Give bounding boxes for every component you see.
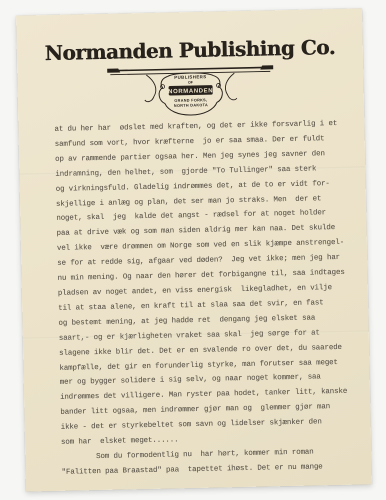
- emblem-city-label: GRAND FORKS,: [174, 98, 207, 103]
- emblem-publishers-label: PUBLISHERS: [174, 74, 206, 80]
- letterhead-company-name: Normanden Publishing Co.: [17, 34, 363, 65]
- photo-background: Normanden Publishing Co.: [0, 0, 386, 500]
- letter-body: at du her har ødslet med kraften, og det…: [18, 116, 371, 481]
- letterhead: Normanden Publishing Co.: [17, 34, 365, 121]
- emblem-state-label: NORTH DAKOTA: [174, 103, 208, 108]
- emblem-normanden-label: NORMANDEN: [168, 88, 213, 95]
- publisher-emblem-icon: PUBLISHERS OF NORMANDEN GRAND FORKS, NOR…: [106, 62, 275, 120]
- letter-paper: Normanden Publishing Co.: [16, 8, 372, 491]
- emblem-of-label: OF: [188, 80, 194, 84]
